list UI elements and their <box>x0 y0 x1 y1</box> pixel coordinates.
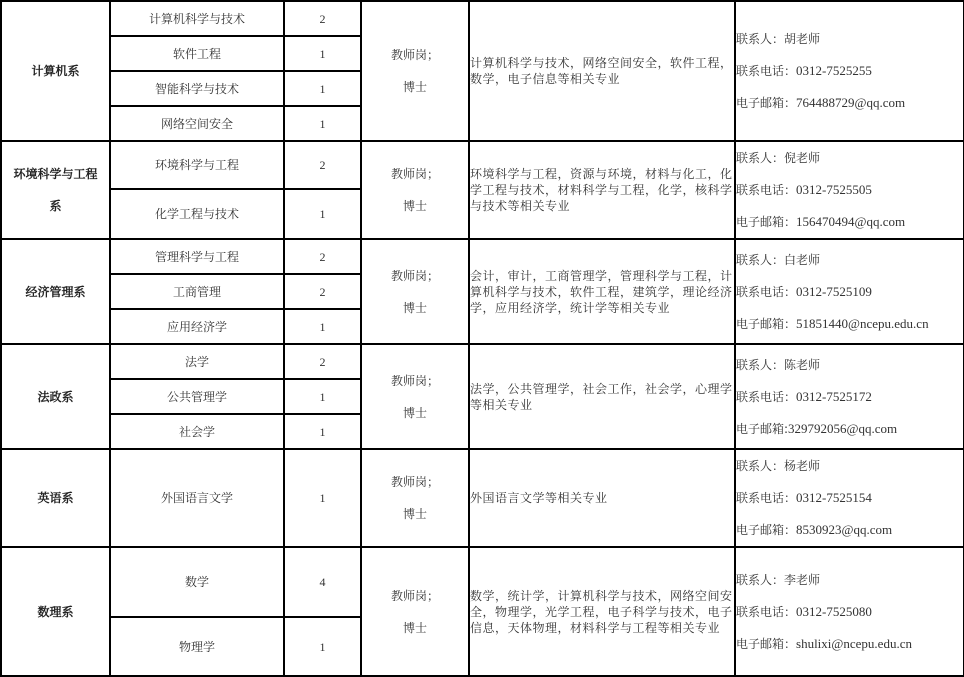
contact-person-label: 联系人： <box>736 151 784 165</box>
contact-email: 电子邮箱：51851440@ncepu.edu.cn <box>736 308 963 340</box>
contact-email: 电子邮箱：shulixi@ncepu.edu.cn <box>736 628 963 660</box>
contact-person: 联系人：白老师 <box>736 244 963 276</box>
post-title: 教师岗； <box>362 260 468 292</box>
contact-phone-label: 联系电话： <box>736 285 796 299</box>
post-type: 教师岗； 博士 <box>361 344 469 449</box>
contact-info: 联系人：李老师 联系电话：0312-7525080 电子邮箱：shulixi@n… <box>735 547 964 676</box>
major-name: 智能科学与技术 <box>110 71 284 106</box>
contact-person-label: 联系人： <box>736 573 784 587</box>
contact-email-value[interactable]: 764488729@qq.com <box>796 95 905 110</box>
related-majors: 外国语言文学等相关专业 <box>469 449 735 547</box>
contact-email: 电子邮箱：764488729@qq.com <box>736 87 963 119</box>
headcount: 1 <box>284 449 361 547</box>
contact-person-label: 联系人： <box>736 253 784 267</box>
degree-requirement: 博士 <box>362 292 468 324</box>
related-majors: 会计，审计，工商管理学，管理科学与工程，计算机科学与技术，软件工程，建筑学，理论… <box>469 239 735 344</box>
major-name: 公共管理学 <box>110 379 284 414</box>
department-name-line: 数理系 <box>2 596 109 628</box>
contact-email-value[interactable]: 329792056@qq.com <box>788 421 897 436</box>
headcount: 2 <box>284 274 361 309</box>
contact-phone: 联系电话：0312-7525109 <box>736 276 963 308</box>
department-name-line: 法政系 <box>2 381 109 413</box>
table-row: 计算机系 计算机科学与技术 2 教师岗； 博士 计算机科学与技术，网络空间安全，… <box>1 1 964 36</box>
department-name: 英语系 <box>1 449 110 547</box>
table-row: 英语系 外国语言文学 1 教师岗； 博士 外国语言文学等相关专业 联系人：杨老师… <box>1 449 964 547</box>
recruitment-table: 计算机系 计算机科学与技术 2 教师岗； 博士 计算机科学与技术，网络空间安全，… <box>0 0 964 677</box>
department-name-line: 环境科学与工程 <box>2 158 109 190</box>
contact-info: 联系人：杨老师 联系电话：0312-7525154 电子邮箱：8530923@q… <box>735 449 964 547</box>
table-row: 环境科学与工程 系 环境科学与工程 2 教师岗； 博士 环境科学与工程，资源与环… <box>1 141 964 189</box>
department-name: 法政系 <box>1 344 110 449</box>
contact-phone-label: 联系电话： <box>736 183 796 197</box>
post-title: 教师岗； <box>362 466 468 498</box>
contact-email-label: 电子邮箱: <box>736 422 788 436</box>
contact-phone-value: 0312-7525109 <box>796 284 872 299</box>
contact-email-value[interactable]: 156470494@qq.com <box>796 214 905 229</box>
contact-email-value[interactable]: shulixi@ncepu.edu.cn <box>796 636 912 651</box>
department-name: 经济管理系 <box>1 239 110 344</box>
degree-requirement: 博士 <box>362 190 468 222</box>
contact-person-label: 联系人： <box>736 459 784 473</box>
major-name: 数学 <box>110 547 284 617</box>
contact-person: 联系人：胡老师 <box>736 23 963 55</box>
related-majors: 数学，统计学，计算机科学与技术，网络空间安全，物理学，光学工程，电子科学与技术，… <box>469 547 735 676</box>
headcount: 1 <box>284 617 361 676</box>
contact-phone-label: 联系电话： <box>736 605 796 619</box>
headcount: 1 <box>284 36 361 71</box>
post-title: 教师岗； <box>362 158 468 190</box>
table-row: 数理系 数学 4 教师岗； 博士 数学，统计学，计算机科学与技术，网络空间安全，… <box>1 547 964 617</box>
major-name: 应用经济学 <box>110 309 284 344</box>
headcount: 1 <box>284 71 361 106</box>
post-title: 教师岗； <box>362 39 468 71</box>
contact-person-label: 联系人： <box>736 32 784 46</box>
post-type: 教师岗； 博士 <box>361 449 469 547</box>
contact-person: 联系人：李老师 <box>736 564 963 596</box>
contact-phone-label: 联系电话： <box>736 491 796 505</box>
contact-person: 联系人：杨老师 <box>736 450 963 482</box>
contact-email: 电子邮箱：156470494@qq.com <box>736 206 963 238</box>
department-name-line: 计算机系 <box>2 55 109 87</box>
contact-phone-label: 联系电话： <box>736 64 796 78</box>
contact-phone-value: 0312-7525172 <box>796 389 872 404</box>
contact-phone: 联系电话：0312-7525154 <box>736 482 963 514</box>
major-name: 社会学 <box>110 414 284 449</box>
headcount: 1 <box>284 414 361 449</box>
contact-phone: 联系电话：0312-7525172 <box>736 381 963 413</box>
headcount: 4 <box>284 547 361 617</box>
contact-person: 联系人：倪老师 <box>736 142 963 174</box>
contact-email-label: 电子邮箱： <box>736 523 796 537</box>
contact-email-label: 电子邮箱： <box>736 215 796 229</box>
degree-requirement: 博士 <box>362 498 468 530</box>
headcount: 2 <box>284 239 361 274</box>
headcount: 1 <box>284 379 361 414</box>
contact-email-label: 电子邮箱： <box>736 637 796 651</box>
department-name-line: 经济管理系 <box>2 276 109 308</box>
major-name: 软件工程 <box>110 36 284 71</box>
major-name: 法学 <box>110 344 284 379</box>
contact-phone-value: 0312-7525080 <box>796 604 872 619</box>
contact-email: 电子邮箱:329792056@qq.com <box>736 413 963 445</box>
department-name-line: 系 <box>2 190 109 222</box>
major-name: 网络空间安全 <box>110 106 284 141</box>
post-title: 教师岗； <box>362 580 468 612</box>
contact-phone: 联系电话：0312-7525080 <box>736 596 963 628</box>
contact-phone-label: 联系电话： <box>736 390 796 404</box>
contact-person: 联系人：陈老师 <box>736 349 963 381</box>
major-name: 工商管理 <box>110 274 284 309</box>
contact-email: 电子邮箱：8530923@qq.com <box>736 514 963 546</box>
contact-person-label: 联系人： <box>736 358 784 372</box>
major-name: 计算机科学与技术 <box>110 1 284 36</box>
degree-requirement: 博士 <box>362 397 468 429</box>
degree-requirement: 博士 <box>362 612 468 644</box>
table-row: 经济管理系 管理科学与工程 2 教师岗； 博士 会计，审计，工商管理学，管理科学… <box>1 239 964 274</box>
related-majors: 法学，公共管理学，社会工作，社会学，心理学等相关专业 <box>469 344 735 449</box>
department-name: 数理系 <box>1 547 110 676</box>
major-name: 管理科学与工程 <box>110 239 284 274</box>
major-name: 外国语言文学 <box>110 449 284 547</box>
headcount: 1 <box>284 309 361 344</box>
contact-phone: 联系电话：0312-7525255 <box>736 55 963 87</box>
major-name: 环境科学与工程 <box>110 141 284 189</box>
contact-phone: 联系电话：0312-7525505 <box>736 174 963 206</box>
table-row: 法政系 法学 2 教师岗； 博士 法学，公共管理学，社会工作，社会学，心理学等相… <box>1 344 964 379</box>
contact-person-value: 杨老师 <box>784 459 820 473</box>
major-name: 物理学 <box>110 617 284 676</box>
contact-person-value: 胡老师 <box>784 32 820 46</box>
post-type: 教师岗； 博士 <box>361 1 469 141</box>
post-type: 教师岗； 博士 <box>361 141 469 239</box>
post-type: 教师岗； 博士 <box>361 547 469 676</box>
contact-phone-value: 0312-7525255 <box>796 63 872 78</box>
headcount: 1 <box>284 189 361 239</box>
headcount: 2 <box>284 1 361 36</box>
headcount: 1 <box>284 106 361 141</box>
headcount: 2 <box>284 344 361 379</box>
major-name: 化学工程与技术 <box>110 189 284 239</box>
contact-person-value: 陈老师 <box>784 358 820 372</box>
contact-email-label: 电子邮箱： <box>736 96 796 110</box>
contact-email-label: 电子邮箱： <box>736 317 796 331</box>
contact-info: 联系人：胡老师 联系电话：0312-7525255 电子邮箱：764488729… <box>735 1 964 141</box>
degree-requirement: 博士 <box>362 71 468 103</box>
post-title: 教师岗； <box>362 365 468 397</box>
contact-email-value[interactable]: 51851440@ncepu.edu.cn <box>796 316 929 331</box>
department-name: 计算机系 <box>1 1 110 141</box>
contact-info: 联系人：陈老师 联系电话：0312-7525172 电子邮箱:329792056… <box>735 344 964 449</box>
contact-email-value[interactable]: 8530923@qq.com <box>796 522 892 537</box>
contact-person-value: 白老师 <box>784 253 820 267</box>
post-type: 教师岗； 博士 <box>361 239 469 344</box>
contact-phone-value: 0312-7525154 <box>796 490 872 505</box>
contact-person-value: 倪老师 <box>784 151 820 165</box>
department-name-line: 英语系 <box>2 482 109 514</box>
contact-info: 联系人：白老师 联系电话：0312-7525109 电子邮箱：51851440@… <box>735 239 964 344</box>
headcount: 2 <box>284 141 361 189</box>
contact-info: 联系人：倪老师 联系电话：0312-7525505 电子邮箱：156470494… <box>735 141 964 239</box>
department-name: 环境科学与工程 系 <box>1 141 110 239</box>
related-majors: 环境科学与工程，资源与环境，材料与化工，化学工程与技术，材料科学与工程，化学，核… <box>469 141 735 239</box>
contact-person-value: 李老师 <box>784 573 820 587</box>
related-majors: 计算机科学与技术，网络空间安全，软件工程，数学，电子信息等相关专业 <box>469 1 735 141</box>
contact-phone-value: 0312-7525505 <box>796 182 872 197</box>
